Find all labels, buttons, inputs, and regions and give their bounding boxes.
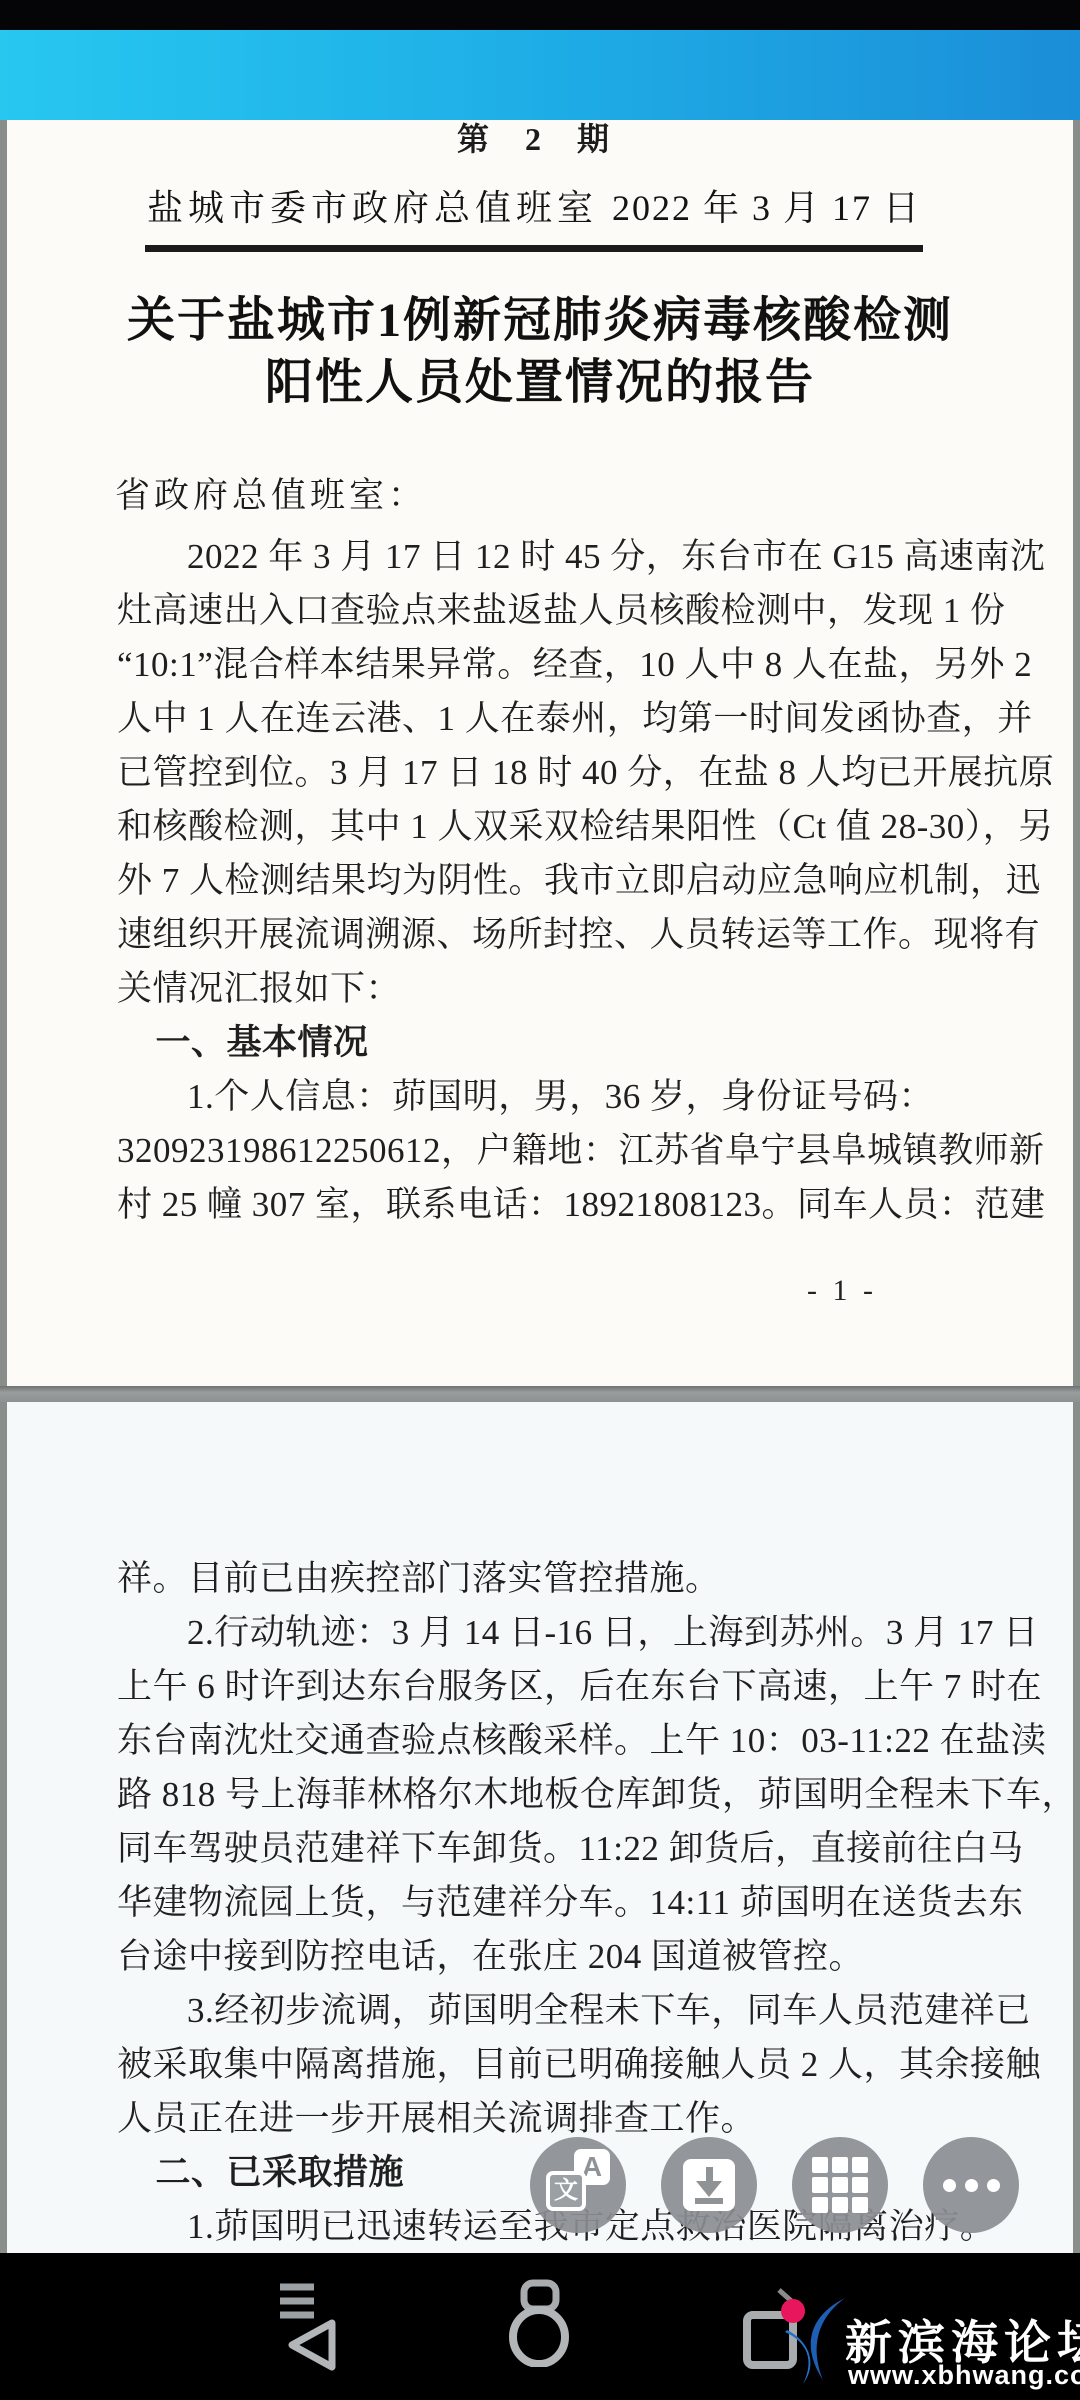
document-header: 盐城市委市政府总值班室 2022 年 3 月 17 日 <box>147 180 921 231</box>
salutation: 省政府总值班室： <box>115 468 1073 518</box>
doc-line: 320923198612250612，户籍地：江苏省阜宁县阜城镇教师新 <box>117 1124 941 1178</box>
doc-line: 和核酸检测，其中 1 人双采双检结果阳性（Ct 值 28-30），另 <box>117 800 941 854</box>
doc-line: 1.个人信息：茆国明，男，36 岁，身份证号码： <box>117 1070 941 1124</box>
app-banner <box>0 30 1080 120</box>
doc-line: 人中 1 人在连云港、1 人在泰州，均第一时间发函协查，并 <box>117 692 941 746</box>
doc-line: 3.经初步流调，茆国明全程未下车，同车人员范建祥已 <box>117 1984 941 2038</box>
doc-line: 上午 6 时许到达东台服务区，后在东台下高速，上午 7 时在 <box>117 1660 941 1714</box>
doc-line: 同车驾驶员范建祥下车卸货。11:22 卸货后，直接前往白马 <box>117 1822 941 1876</box>
more-button[interactable] <box>923 2137 1019 2233</box>
back-button[interactable] <box>272 2279 342 2371</box>
document-page-2: 祥。目前已由疾控部门落实管控措施。 2.行动轨迹：3 月 14 日-16 日，上… <box>7 1402 1073 2253</box>
doc-line: 被采取集中隔离措施，目前已明确接触人员 2 人，其余接触 <box>117 2038 941 2092</box>
document-date: 2022 年 3 月 17 日 <box>612 180 921 231</box>
doc-line: 华建物流园上货，与范建祥分车。14:11 茆国明在送货去东 <box>117 1876 941 1930</box>
translate-button[interactable]: A 文 <box>530 2137 626 2233</box>
page-number: - 1 - <box>807 1274 877 1308</box>
forum-url: www.xbhwang.com <box>848 2360 1080 2391</box>
issue-label: 第 2 期 <box>7 120 1073 156</box>
issuing-office: 盐城市委市政府总值班室 <box>147 180 598 231</box>
doc-line: 外 7 人检测结果均为阴性。我市立即启动应急响应机制，迅 <box>117 854 941 908</box>
floating-toolbar: A 文 <box>530 2137 1019 2233</box>
document-page-1: 第 2 期 盐城市委市政府总值班室 2022 年 3 月 17 日 关于盐城市1… <box>7 120 1073 1386</box>
document-title: 关于盐城市1例新冠肺炎病毒核酸检测 阳性人员处置情况的报告 <box>7 252 1073 414</box>
translate-zh-icon: 文 <box>546 2171 586 2211</box>
download-button[interactable] <box>661 2137 757 2233</box>
more-dots-icon <box>923 2137 1019 2233</box>
section-heading-1: 一、基本情况 <box>117 1016 941 1070</box>
doc-line: 台途中接到防控电话，在张庄 204 国道被管控。 <box>117 1930 941 1984</box>
doc-line: 速组织开展流调溯源、场所封控、人员转运等工作。现将有 <box>117 908 941 962</box>
grid-icon <box>812 2157 868 2213</box>
doc-line: 2022 年 3 月 17 日 12 时 45 分，东台市在 G15 高速南沈 <box>117 530 941 584</box>
header-rule <box>145 245 923 252</box>
status-bar <box>0 0 1080 30</box>
doc-line: 2.行动轨迹：3 月 14 日-16 日，上海到苏州。3 月 17 日 <box>117 1606 941 1660</box>
doc-line: 村 25 幢 307 室，联系电话：18921808123。同车人员：范建 <box>117 1178 941 1232</box>
download-icon <box>683 2159 735 2211</box>
home-button[interactable] <box>505 2279 571 2367</box>
page1-body: 2022 年 3 月 17 日 12 时 45 分，东台市在 G15 高速南沈 … <box>117 530 941 1232</box>
title-line-1: 关于盐城市1例新冠肺炎病毒核酸检测 <box>7 290 1073 352</box>
doc-line: 已管控到位。3 月 17 日 18 时 40 分，在盐 8 人均已开展抗原 <box>117 746 941 800</box>
forum-watermark: 新滨海论坛 www.xbhwang.com <box>745 2268 1080 2398</box>
grid-view-button[interactable] <box>792 2137 888 2233</box>
doc-line: 路 818 号上海菲林格尔木地板仓库卸货，茆国明全程未下车， <box>117 1768 941 1822</box>
doc-line: 东台南沈灶交通查验点核酸采样。上午 10：03-11:22 在盐渎 <box>117 1714 941 1768</box>
title-line-2: 阳性人员处置情况的报告 <box>7 352 1073 414</box>
doc-line: “10:1”混合样本结果异常。经查，10 人中 8 人在盐，另外 2 <box>117 638 941 692</box>
page-separator <box>0 1386 1080 1402</box>
doc-line: 灶高速出入口查验点来盐返盐人员核酸检测中，发现 1 份 <box>117 584 941 638</box>
doc-line: 祥。目前已由疾控部门落实管控措施。 <box>117 1552 941 1606</box>
doc-line: 关情况汇报如下： <box>117 962 941 1016</box>
document-viewer[interactable]: 第 2 期 盐城市委市政府总值班室 2022 年 3 月 17 日 关于盐城市1… <box>0 120 1080 2253</box>
